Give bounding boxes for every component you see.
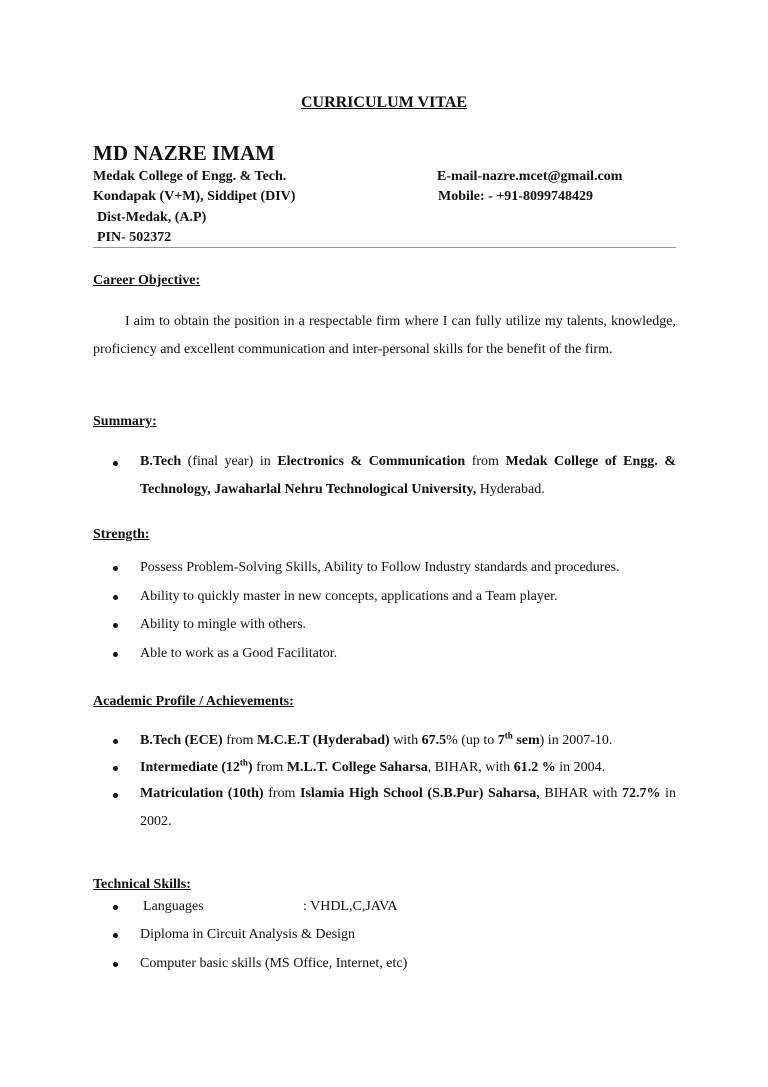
document-title: CURRICULUM VITAE [0, 94, 768, 112]
strength-heading: Strength: [93, 527, 150, 543]
bullet-icon [113, 739, 118, 744]
sem-number: 7 [498, 733, 505, 748]
bullet-icon [113, 652, 118, 657]
degree-text: Intermediate (12 [140, 760, 240, 775]
connector-text: with [390, 733, 422, 748]
strength-text: Ability to quickly master in new concept… [140, 589, 557, 605]
institution-text: M.L.T. College Saharsa [287, 760, 428, 775]
candidate-name: MD NAZRE IMAM [93, 141, 275, 166]
degree-superscript: th [240, 757, 248, 767]
summary-branch: Electronics & Communication [277, 454, 465, 469]
technical-text: Diploma in Circuit Analysis & Design [140, 927, 355, 943]
summary-text: Hyderabad. [476, 482, 544, 497]
sem-text: sem [513, 733, 540, 748]
address-line-town: Kondapak (V+M), Siddipet (DIV) [93, 189, 295, 205]
connector-text: , BIHAR, with [428, 760, 514, 775]
institution-text: Islamia High School (S.B.Pur) Saharsa, [300, 786, 540, 801]
bullet-icon [113, 962, 118, 967]
career-objective-heading: Career Objective: [93, 273, 200, 289]
address-line-district: Dist-Medak, (A.P) [97, 210, 206, 226]
degree-text: B.Tech (ECE) [140, 733, 223, 748]
languages-label: Languages [143, 899, 204, 915]
career-objective-text: I aim to obtain the position in a respec… [93, 308, 676, 363]
address-line-college: Medak College of Engg. & Tech. [93, 169, 286, 185]
bullet-icon [113, 623, 118, 628]
summary-heading: Summary: [93, 414, 157, 430]
connector-text: from [223, 733, 257, 748]
strength-text: Ability to mingle with others. [140, 617, 306, 633]
year-text: in 2004. [556, 760, 605, 775]
score-text: 72.7% [622, 786, 661, 801]
connector-text: % (up to [446, 733, 498, 748]
connector-text: from [264, 786, 300, 801]
score-text: 61.2 % [514, 760, 556, 775]
year-text: ) in 2007-10. [540, 733, 613, 748]
summary-degree: B.Tech [140, 454, 181, 469]
strength-text: Able to work as a Good Facilitator. [140, 646, 337, 662]
mobile-text: Mobile: - +91-8099748429 [438, 189, 593, 205]
technical-skills-heading: Technical Skills: [93, 877, 191, 893]
connector-text: BIHAR with [540, 786, 622, 801]
career-objective-body: I aim to obtain the position in a respec… [93, 314, 676, 357]
summary-text: from [465, 454, 505, 469]
connector-text: from [253, 760, 287, 775]
degree-text: Matriculation (10th) [140, 786, 264, 801]
bullet-icon [113, 933, 118, 938]
address-line-pin: PIN- 502372 [97, 230, 171, 246]
bullet-icon [113, 566, 118, 571]
strength-text: Possess Problem-Solving Skills, Ability … [140, 560, 620, 576]
email-text: E-mail-nazre.mcet@gmail.com [437, 169, 622, 185]
bullet-icon [113, 766, 118, 771]
languages-value: : VHDL,C,JAVA [303, 899, 398, 915]
institution-text: M.C.E.T (Hyderabad) [257, 733, 390, 748]
score-text: 67.5 [422, 733, 447, 748]
bullet-icon [113, 595, 118, 600]
technical-text: Computer basic skills (MS Office, Intern… [140, 956, 407, 972]
bullet-icon [113, 905, 118, 910]
bullet-icon [113, 793, 118, 798]
header-divider [93, 247, 676, 248]
sem-superscript: th [505, 730, 513, 740]
summary-text: (final year) in [181, 454, 277, 469]
bullet-icon [113, 461, 118, 466]
academic-heading: Academic Profile / Achievements: [93, 694, 294, 710]
